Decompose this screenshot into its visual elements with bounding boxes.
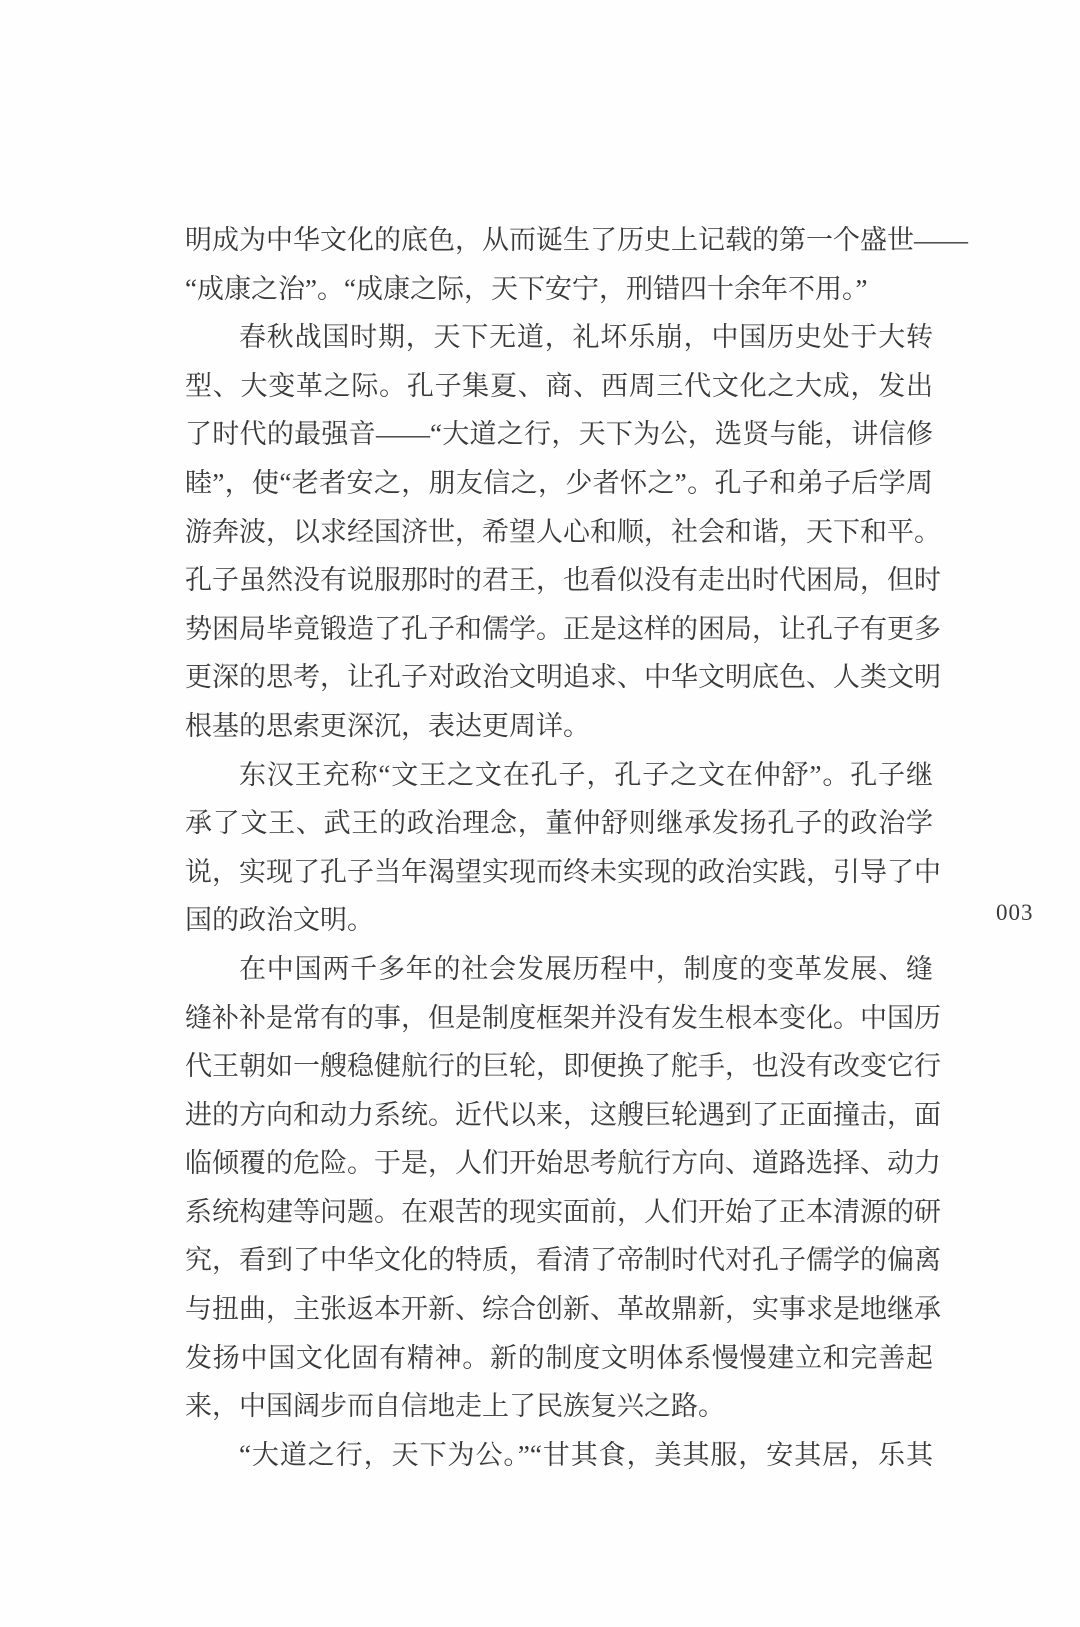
text-line: “成康之治”。“成康之际，天下安宁，刑错四十余年不用。”: [185, 265, 933, 314]
text-line: 系统构建等问题。在艰苦的现实面前，人们开始了正本清源的研: [185, 1188, 933, 1237]
text-line: 根基的思索更深沉，表达更周详。: [185, 702, 933, 751]
text-line: 东汉王充称“文王之文在孔子，孔子之文在仲舒”。孔子继: [185, 751, 933, 800]
text-line: 进的方向和动力系统。近代以来，这艘巨轮遇到了正面撞击，面: [185, 1091, 933, 1140]
text-line: 临倾覆的危险。于是，人们开始思考航行方向、道路选择、动力: [185, 1139, 933, 1188]
text-line: 了时代的最强音——“大道之行，天下为公，选贤与能，讲信修: [185, 410, 933, 459]
text-line: 国的政治文明。: [185, 896, 933, 945]
text-line: 势困局毕竟锻造了孔子和儒学。正是这样的困局，让孔子有更多: [185, 605, 933, 654]
text-line: 说，实现了孔子当年渴望实现而终未实现的政治实践，引导了中: [185, 848, 933, 897]
book-page: 明成为中华文化的底色，从而诞生了历史上记载的第一个盛世——“成康之治”。“成康之…: [0, 0, 1080, 1627]
text-line: 在中国两千多年的社会发展历程中，制度的变革发展、缝: [185, 945, 933, 994]
text-line: 孔子虽然没有说服那时的君王，也看似没有走出时代困局，但时: [185, 556, 933, 605]
text-line: 承了文王、武王的政治理念，董仲舒则继承发扬孔子的政治学: [185, 799, 933, 848]
text-line: 发扬中国文化固有精神。新的制度文明体系慢慢建立和完善起: [185, 1334, 933, 1383]
text-line: 与扭曲，主张返本开新、综合创新、革故鼎新，实事求是地继承: [185, 1285, 933, 1334]
text-line: 型、大变革之际。孔子集夏、商、西周三代文化之大成，发出: [185, 362, 933, 411]
text-line: “大道之行，天下为公。”“甘其食，美其服，安其居，乐其: [185, 1431, 933, 1480]
text-line: 明成为中华文化的底色，从而诞生了历史上记载的第一个盛世——: [185, 216, 933, 265]
page-number: 003: [996, 899, 1034, 927]
text-line: 究，看到了中华文化的特质，看清了帝制时代对孔子儒学的偏离: [185, 1236, 933, 1285]
text-line: 缝补补是常有的事，但是制度框架并没有发生根本变化。中国历: [185, 994, 933, 1043]
text-line: 来，中国阔步而自信地走上了民族复兴之路。: [185, 1382, 933, 1431]
text-line: 春秋战国时期，天下无道，礼坏乐崩，中国历史处于大转: [185, 313, 933, 362]
body-text: 明成为中华文化的底色，从而诞生了历史上记载的第一个盛世——“成康之治”。“成康之…: [185, 216, 933, 1479]
text-line: 睦”，使“老者安之，朋友信之，少者怀之”。孔子和弟子后学周: [185, 459, 933, 508]
text-line: 代王朝如一艘稳健航行的巨轮，即便换了舵手，也没有改变它行: [185, 1042, 933, 1091]
text-line: 更深的思考，让孔子对政治文明追求、中华文明底色、人类文明: [185, 653, 933, 702]
text-line: 游奔波，以求经国济世，希望人心和顺，社会和谐，天下和平。: [185, 508, 933, 557]
